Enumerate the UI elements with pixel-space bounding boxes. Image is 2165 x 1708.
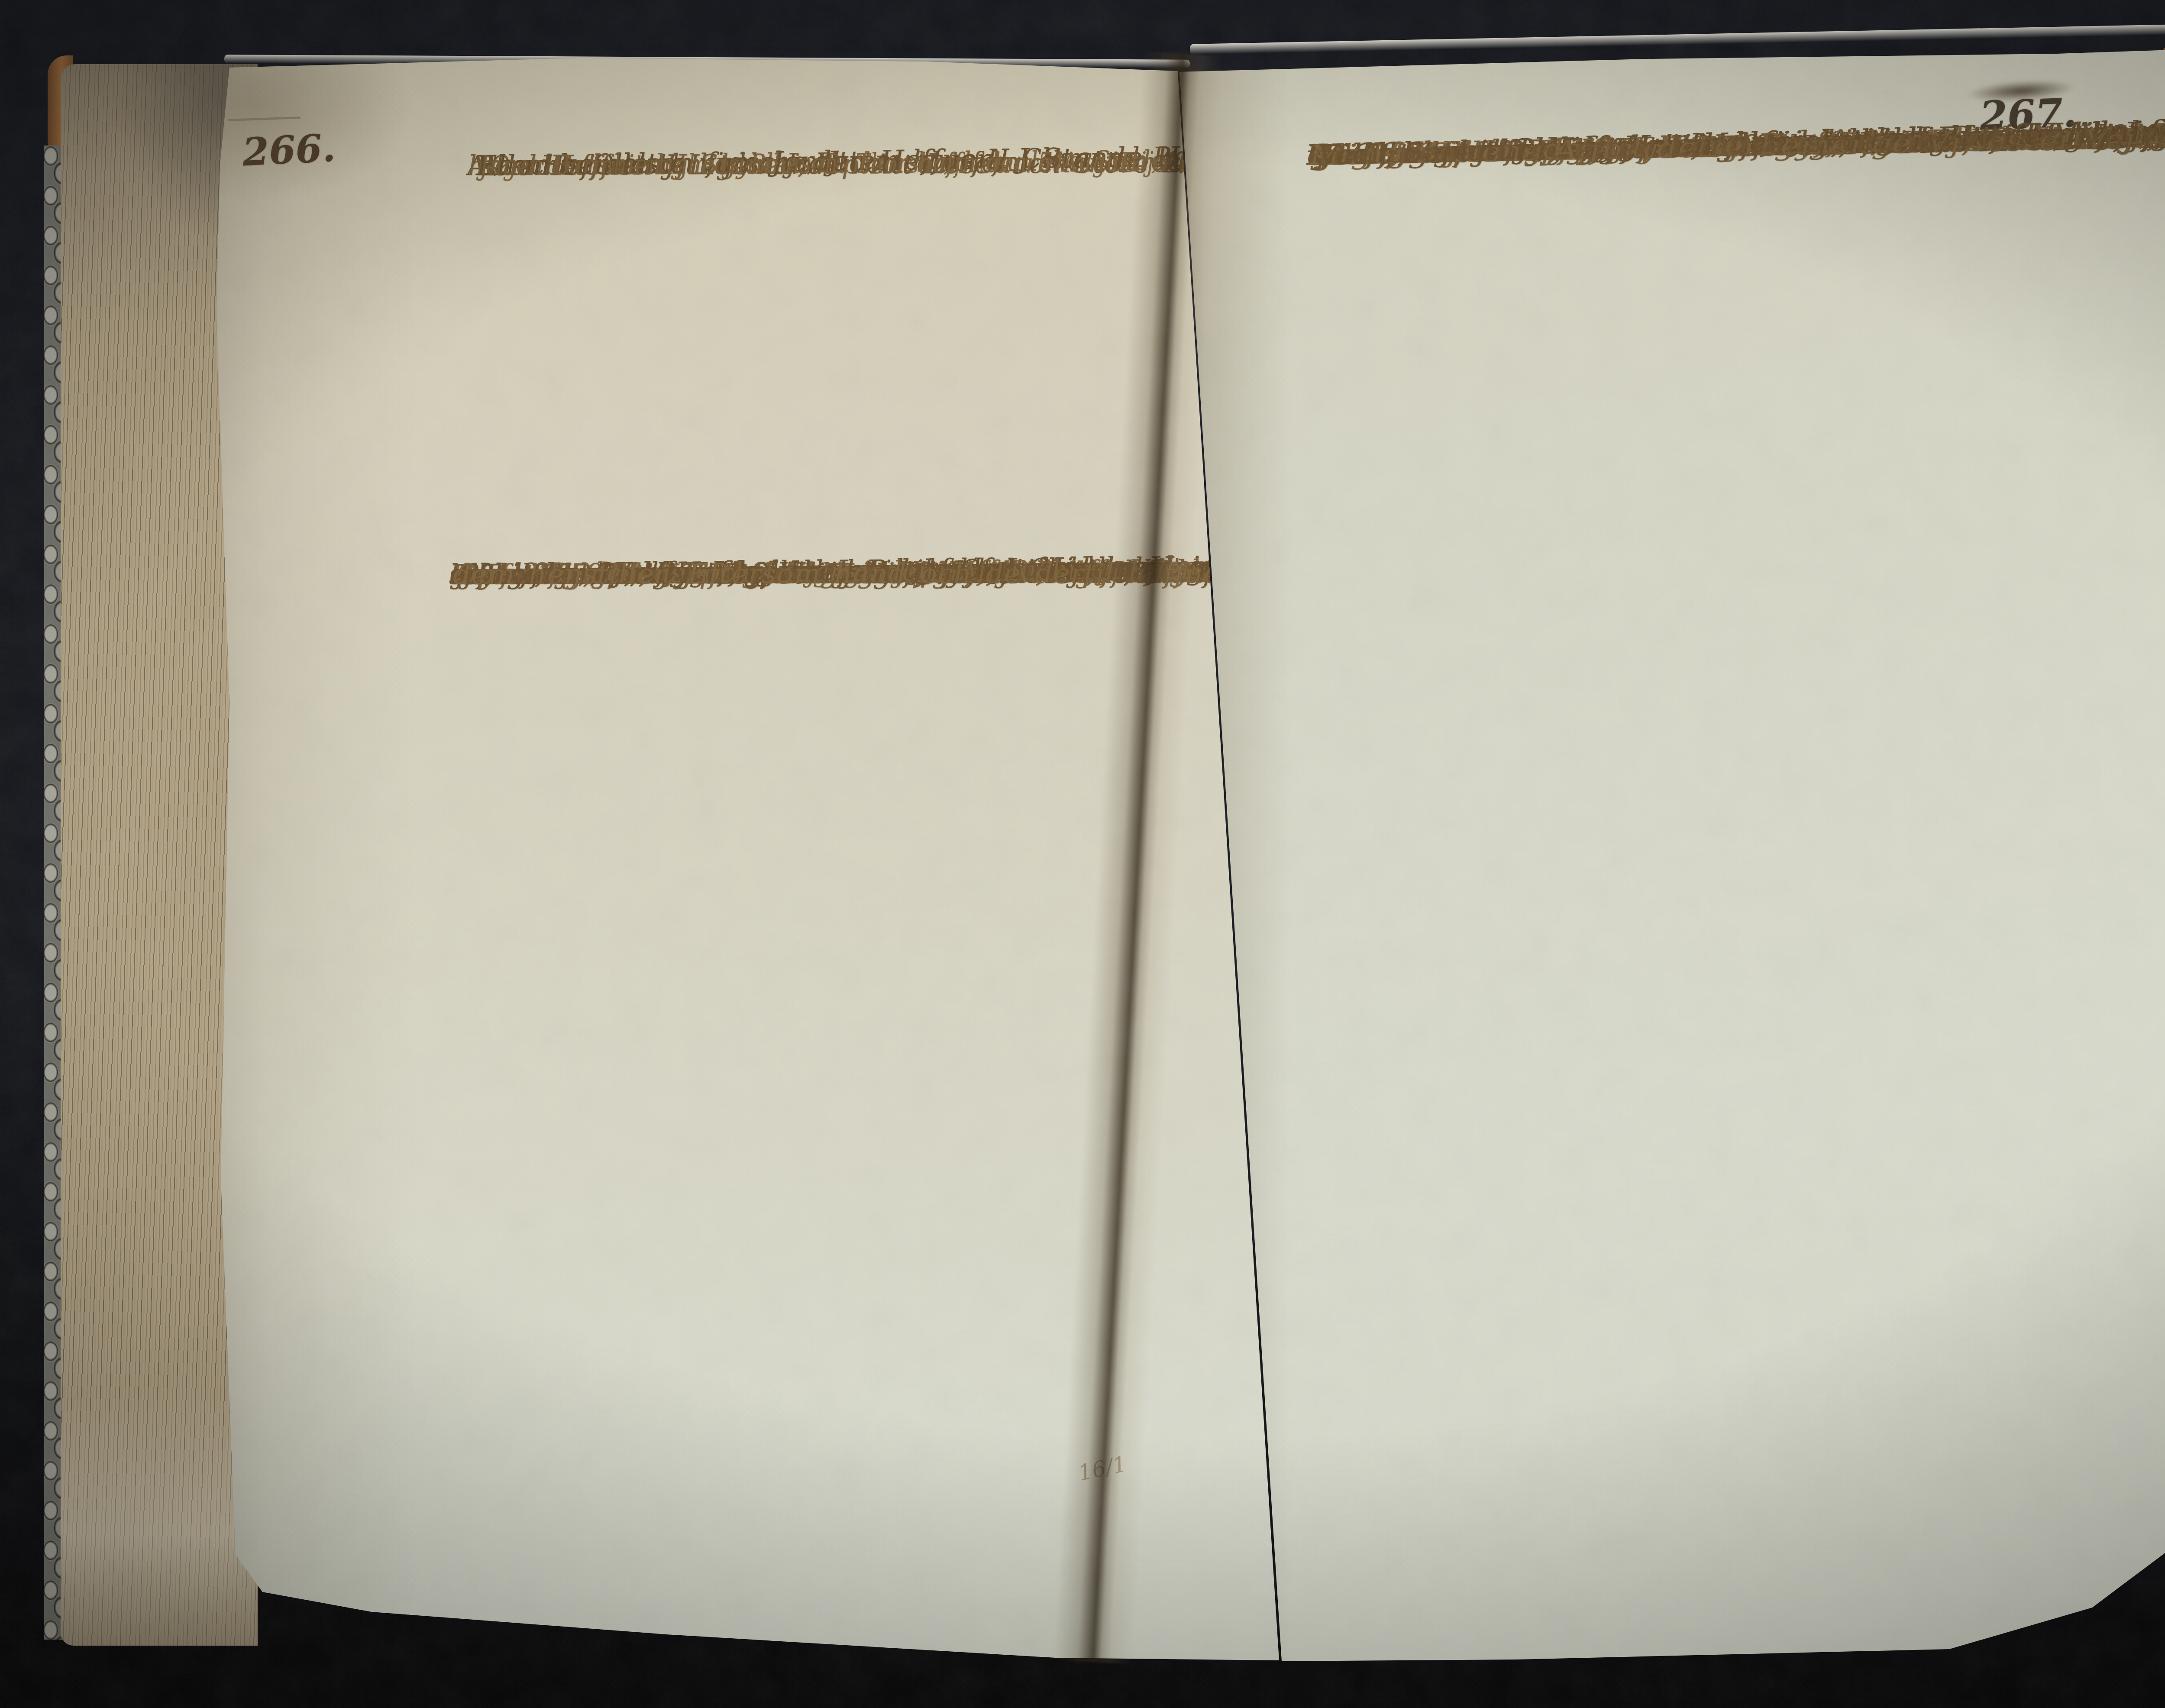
faint-rule-mark: [228, 116, 301, 121]
page-number-left: 266.: [241, 125, 336, 175]
handwritten-line: Vadit Signatur.: [1318, 133, 1535, 184]
right-page: 267. Opten fundalen Att Raude, och kand …: [1170, 40, 2165, 1671]
handwriting-paragraph-right: Opten fundalen Att Raude, och kand ei Ve…: [1313, 125, 2165, 139]
manuscript-book-photo: 266. Om bortsatt hem gylden Buch schind,…: [0, 0, 2165, 1708]
